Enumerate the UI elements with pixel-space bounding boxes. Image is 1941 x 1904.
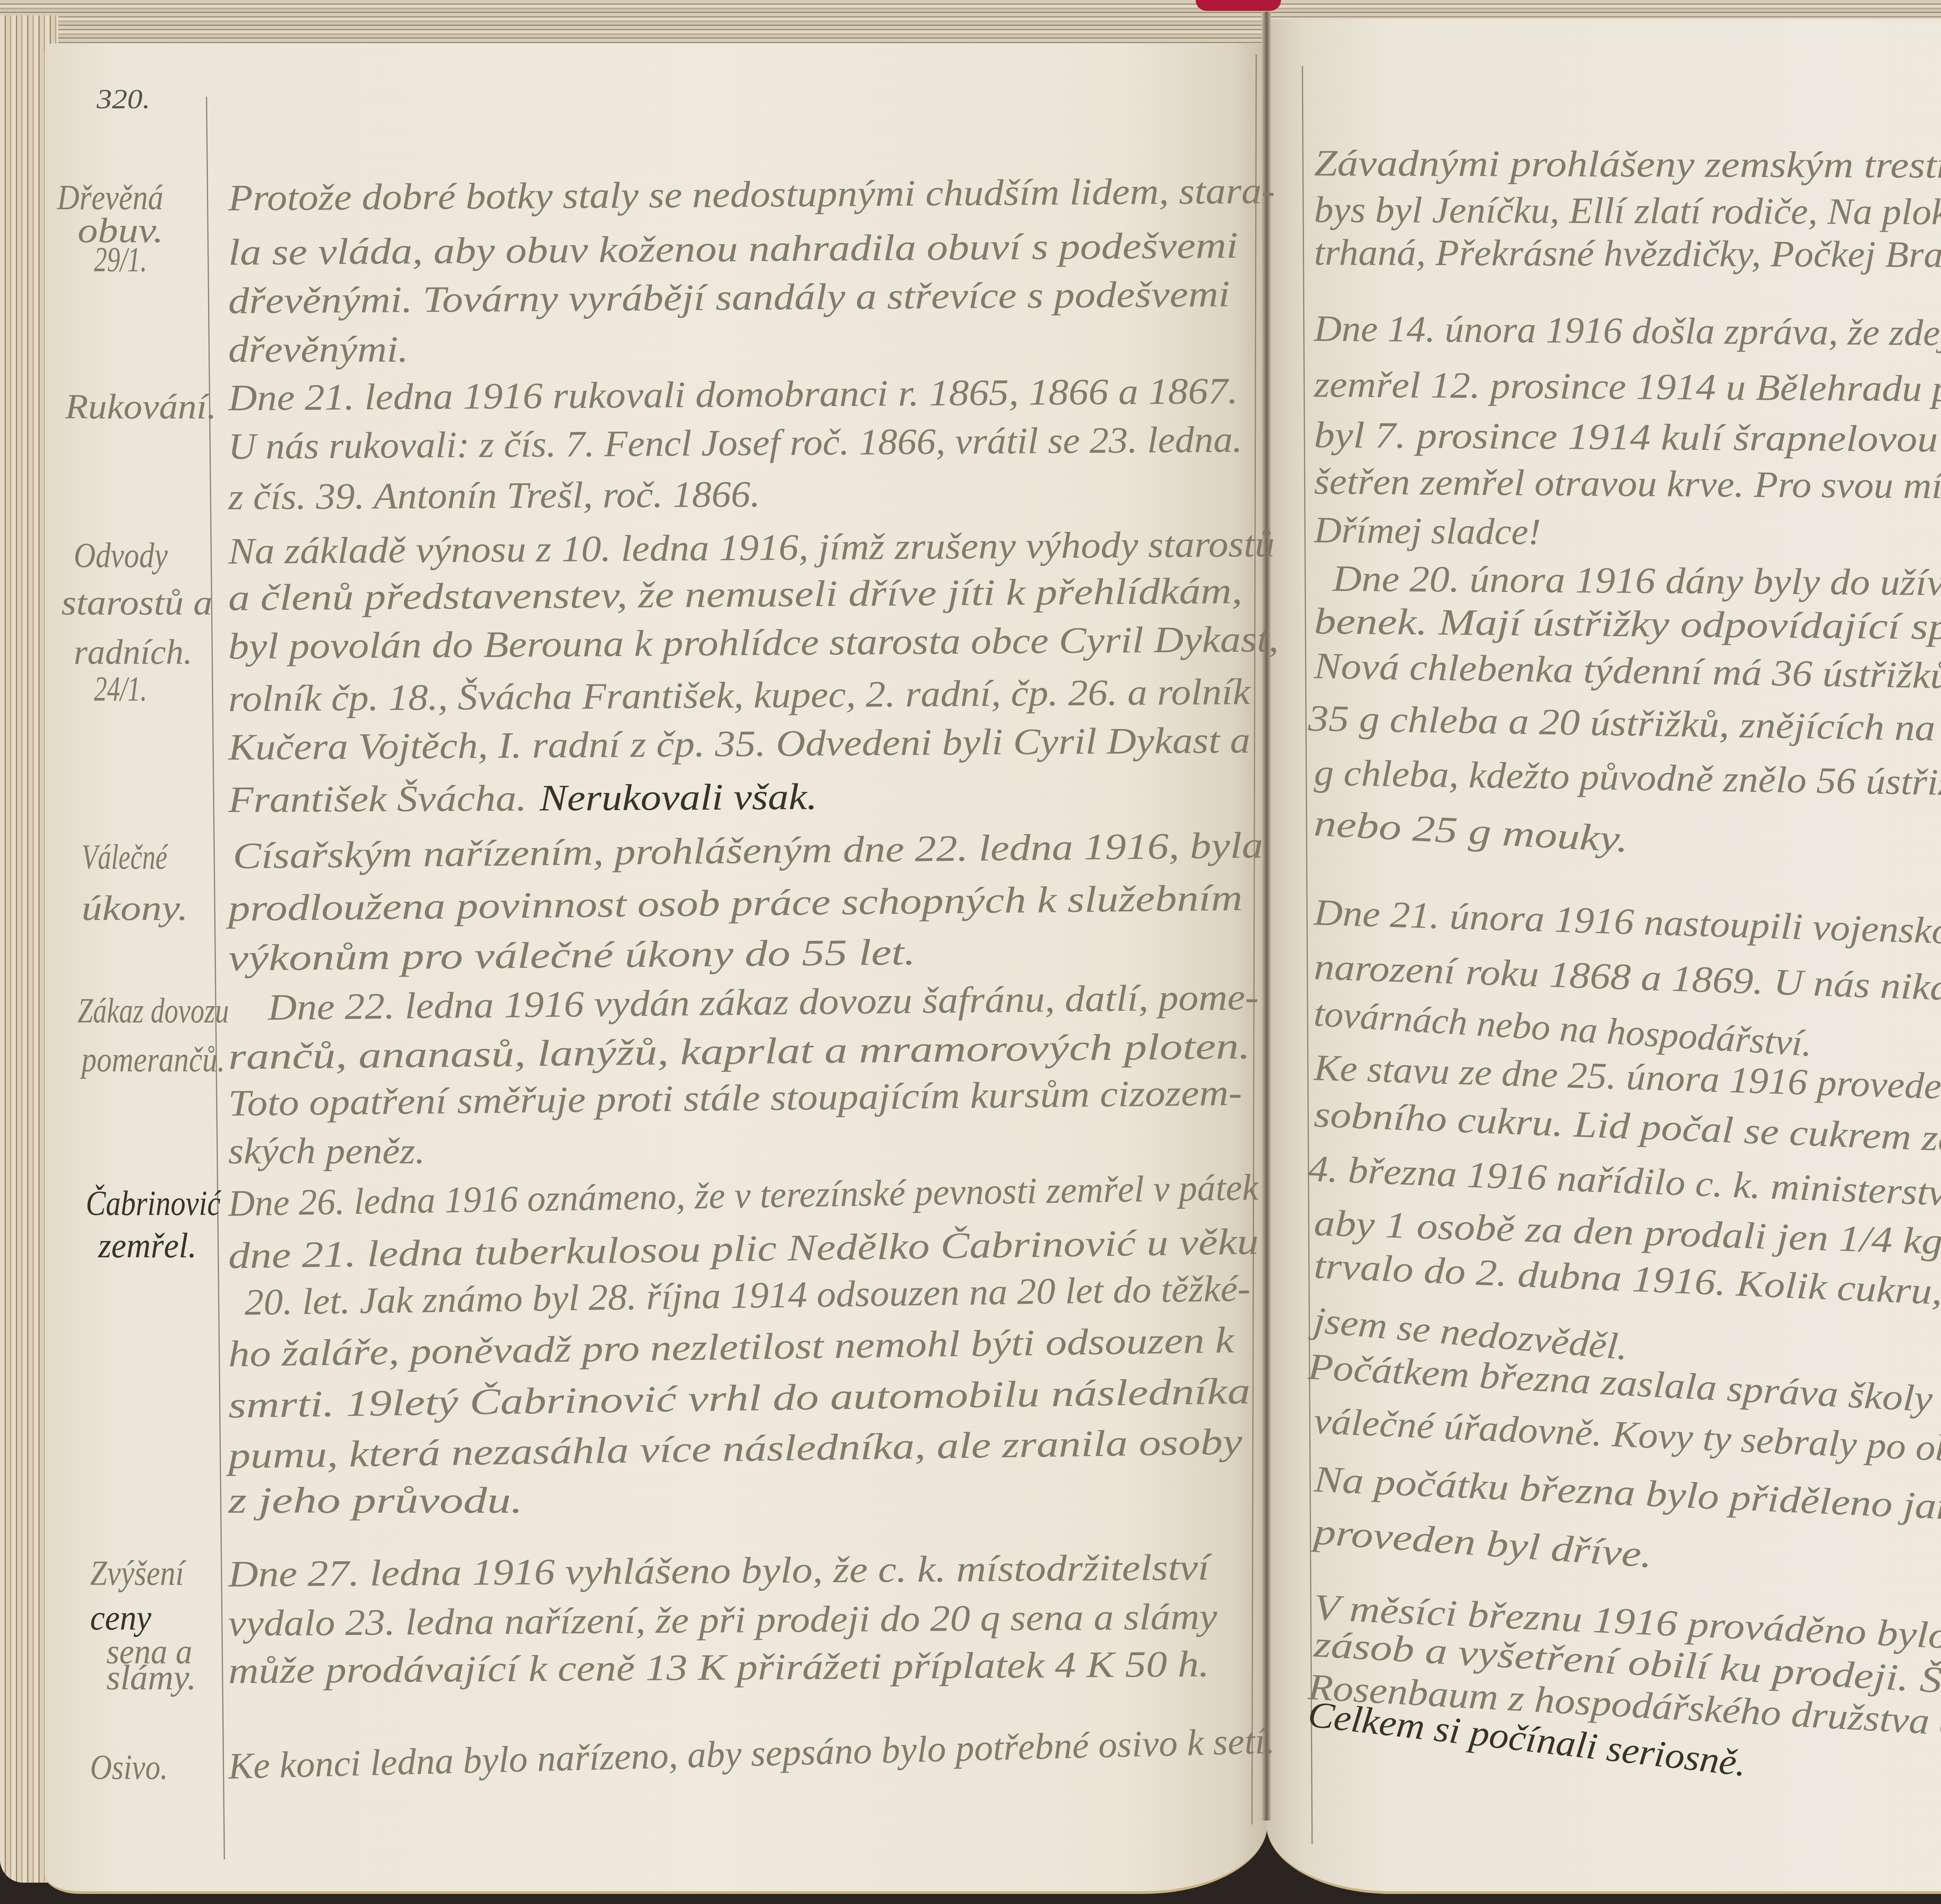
text-line: František Švácha.Nerukovali však.: [228, 775, 818, 821]
text-line: trhaná, Překrásné hvězdičky, Počkej Bran…: [1314, 231, 1941, 277]
margin-note: 24/1.: [94, 670, 147, 709]
text-line: Dřímej sladce!: [1314, 509, 1541, 553]
margin-note: slámy.: [106, 1659, 196, 1697]
text-line: Dne 21. ledna 1916 rukovali domobranci r…: [228, 370, 1238, 419]
text-line: Dne 14. února 1916 došla zpráva, že zdej…: [1314, 307, 1941, 357]
text-line: Protože dobré botky staly se nedostupným…: [228, 169, 1275, 219]
text-line: Závadnými prohlášeny zemským trestním so…: [1314, 142, 1941, 188]
margin-note: Odvody: [74, 536, 168, 575]
text-line: la se vláda, aby obuv koženou nahradila …: [228, 224, 1238, 274]
margin-note: Zvýšení: [90, 1554, 184, 1593]
text-line: Dne 20. února 1916 dány byly do užívání …: [1333, 557, 1941, 607]
text-line: z jeho průvodu.: [228, 1479, 523, 1522]
left-page-inner-rule: [1252, 54, 1256, 1824]
text-line: Kučera Vojtěch, I. radní z čp. 35. Odved…: [228, 719, 1251, 769]
margin-note: pomerančů.: [82, 1041, 225, 1080]
margin-note: radních.: [74, 633, 192, 672]
margin-note: Čabrinović: [86, 1184, 220, 1223]
text-line: bys byl Jeníčku, Ellí zlatí rodiče, Na p…: [1314, 188, 1941, 234]
text-line: dřevěnými.: [228, 328, 408, 371]
added-note-dark-ink: Nerukovali však.: [540, 776, 818, 819]
text-line: může prodávající k ceně 13 K přirážeti p…: [228, 1642, 1210, 1692]
text-line: z čís. 39. Antonín Trešl, roč. 1866.: [228, 473, 760, 518]
margin-note: Zákaz dovozu: [78, 992, 229, 1031]
margin-note: ceny: [90, 1599, 151, 1638]
text-line: byl povolán do Berouna k prohlídce staro…: [228, 618, 1279, 668]
margin-note: úkony.: [82, 889, 188, 928]
text-line: šetřen zemřel otravou krve. Pro svou mír…: [1314, 460, 1941, 510]
text-line: zemřel 12. prosince 1914 u Bělehradu po …: [1314, 363, 1941, 413]
text-line: rolník čp. 18., Švácha František, kupec,…: [228, 670, 1250, 720]
text-line: U nás rukovali: z čís. 7. Fencl Josef ro…: [228, 418, 1243, 468]
margin-note: zemřel.: [98, 1227, 196, 1265]
right-page-inner-rule: [1302, 66, 1312, 1844]
margin-note: Osivo.: [90, 1748, 168, 1787]
margin-note: 29/1.: [94, 241, 147, 279]
text-line: Dne 27. ledna 1916 vyhlášeno bylo, že c.…: [228, 1546, 1210, 1595]
left-page-margin-rule: [207, 97, 224, 1859]
margin-note: Válečné: [82, 838, 167, 877]
margin-note: Rukování.: [65, 388, 216, 427]
text-line: výkonům pro válečné úkony do 55 let.: [228, 931, 916, 979]
page-number: 320.: [97, 82, 150, 116]
text-line: vydalo 23. ledna nařízení, že při prodej…: [228, 1595, 1217, 1645]
open-chronicle-book: 320. Dřevěná obuv. 29/1. Protože dobré b…: [0, 0, 1941, 1904]
text-line: Na základě výnosu z 10. ledna 1916, jímž…: [228, 522, 1275, 573]
text-line: dřevěnými. Továrny vyrábějí sandály a st…: [228, 272, 1230, 322]
text-line: byl 7. prosince 1914 kulí šrapnelovou do…: [1314, 413, 1941, 463]
text-line: a členů představenstev, že nemuseli dřív…: [228, 569, 1243, 619]
margin-note: starostů a: [61, 584, 212, 623]
text-line: ských peněz.: [228, 1130, 425, 1172]
text-line-content: František Švácha.: [228, 777, 527, 820]
